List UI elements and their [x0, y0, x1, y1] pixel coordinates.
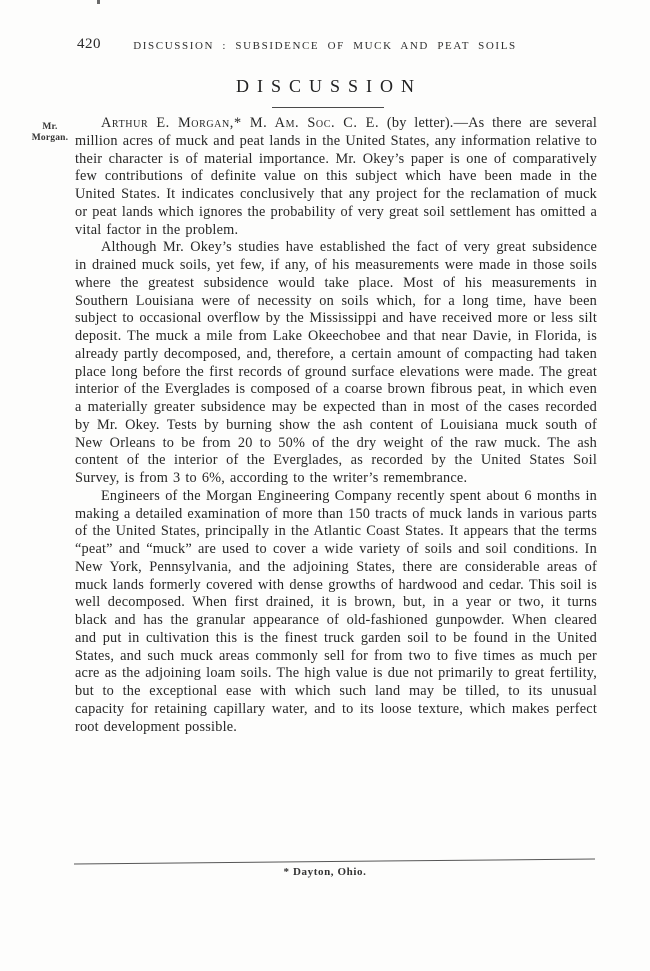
paragraph-1-text: (by letter).—As there are several millio…: [75, 115, 597, 238]
margin-note-line2: Morgan.: [28, 133, 72, 144]
margin-note-line1: Mr.: [28, 122, 72, 133]
author-lead: Arthur E. Morgan,* M. Am. Soc. C. E.: [101, 115, 379, 131]
paragraph-3: Engineers of the Morgan Engineering Comp…: [75, 488, 597, 737]
running-head: DISCUSSION : SUBSIDENCE OF MUCK AND PEAT…: [0, 40, 650, 52]
title-rule: [272, 107, 384, 108]
discussion-text: Arthur E. Morgan,* M. Am. Soc. C. E. (by…: [75, 115, 597, 736]
footnote: * Dayton, Ohio.: [0, 866, 650, 878]
margin-note: Mr. Morgan.: [28, 122, 72, 144]
section-title: DISCUSSION: [0, 76, 650, 97]
scan-artifact: [97, 0, 100, 4]
scanned-page: 420 DISCUSSION : SUBSIDENCE OF MUCK AND …: [0, 0, 650, 971]
footnote-rule: [74, 858, 595, 864]
paragraph-2: Although Mr. Okey’s studies have establi…: [75, 239, 597, 488]
paragraph-1: Arthur E. Morgan,* M. Am. Soc. C. E. (by…: [75, 115, 597, 239]
